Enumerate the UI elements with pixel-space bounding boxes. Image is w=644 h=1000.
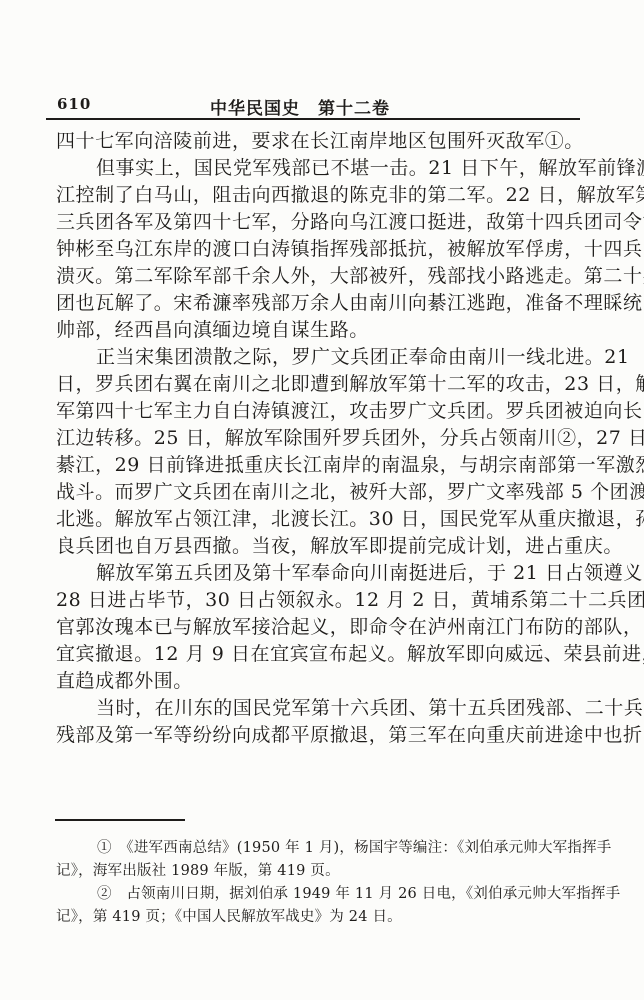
body-line: 官郭汝瑰本已与解放军接洽起义，即命令在泸州南江门布防的部队，向 <box>56 614 588 641</box>
page-number: 610 <box>57 95 91 113</box>
body-line: 军第四十七军主力自白涛镇渡江，攻击罗广文兵团。罗兵团被迫向长 <box>56 398 588 425</box>
footnote-line: ① 《进军西南总结》(1950 年 1 月)，杨国宇等编注：《刘伯承元帅大军指挥… <box>56 837 588 860</box>
body-line: 残部及第一军等纷纷向成都平原撤退，第三军在向重庆前进途中也折 <box>56 722 588 749</box>
footnote-line: 记》，第 419 页；《中国人民解放军战史》为 24 日。 <box>56 906 588 929</box>
body-line: 北逃。解放军占领江津，北渡长江。30 日，国民党军从重庆撤退，孙元 <box>56 506 588 533</box>
body-line: 綦江，29 日前锋进抵重庆长江南岸的南温泉，与胡宗南部第一军激烈 <box>56 452 588 479</box>
body-line: 团也瓦解了。宋希濂率残部万余人由南川向綦江逃跑，准备不理睬统 <box>56 290 588 317</box>
body-line: 溃灭。第二军除军部千余人外，大部被歼，残部找小路逃走。第二十兵 <box>56 263 588 290</box>
running-title: 中华民国史 第十二卷 <box>210 94 390 119</box>
body-line: 日，罗兵团右翼在南川之北即遭到解放军第十二军的攻击，23 日，解放 <box>56 371 588 398</box>
body-line: 江边转移。25 日，解放军除围歼罗兵团外，分兵占领南川②，27 日占领 <box>56 425 588 452</box>
body-line: 三兵团各军及第四十七军，分路向乌江渡口挺进，敌第十四兵团司令官 <box>56 209 588 236</box>
body-text: 四十七军向涪陵前进，要求在长江南岸地区包围歼灭敌军①。但事实上，国民党军残部已不… <box>56 128 588 749</box>
body-line: 战斗。而罗广文兵团在南川之北，被歼大部，罗广文率残部 5 个团渡江 <box>56 479 588 506</box>
footnotes: ① 《进军西南总结》(1950 年 1 月)，杨国宇等编注：《刘伯承元帅大军指挥… <box>56 837 588 929</box>
footnote-line: 记》，海军出版社 1989 年版，第 419 页。 <box>56 860 588 883</box>
footnote-line: ② 占领南川日期，据刘伯承 1949 年 11 月 26 日电，《刘伯承元帅大军… <box>56 883 588 906</box>
body-line: 宜宾撤退。12 月 9 日在宜宾宣布起义。解放军即向威远、荣县前进， <box>56 641 588 668</box>
body-line: 江控制了白马山，阻击向西撤退的陈克非的第二军。22 日，解放军第 <box>56 182 588 209</box>
body-line: 但事实上，国民党军残部已不堪一击。21 日下午，解放军前锋渡 <box>56 155 588 182</box>
body-line: 钟彬至乌江东岸的渡口白涛镇指挥残部抵抗，被解放军俘虏，十四兵团 <box>56 236 588 263</box>
body-line: 四十七军向涪陵前进，要求在长江南岸地区包围歼灭敌军①。 <box>56 128 588 155</box>
book-page: 610 中华民国史 第十二卷 四十七军向涪陵前进，要求在长江南岸地区包围歼灭敌军… <box>0 0 644 1000</box>
body-line: 解放军第五兵团及第十军奉命向川南挺进后，于 21 日占领遵义， <box>56 560 588 587</box>
footnote-separator <box>55 819 185 821</box>
body-line: 正当宋集团溃散之际，罗广文兵团正奉命由南川一线北进。21 <box>56 344 588 371</box>
header-rule <box>46 118 580 120</box>
body-line: 28 日进占毕节，30 日占领叙永。12 月 2 日，黄埔系第二十二兵团司令 <box>56 587 588 614</box>
body-line: 帅部，经西昌向滇缅边境自谋生路。 <box>56 317 588 344</box>
body-line: 当时，在川东的国民党军第十六兵团、第十五兵团残部、二十兵团 <box>56 695 588 722</box>
running-header: 610 中华民国史 第十二卷 <box>0 94 600 116</box>
body-line: 良兵团也自万县西撤。当夜，解放军即提前完成计划，进占重庆。 <box>56 533 588 560</box>
body-line: 直趋成都外围。 <box>56 668 588 695</box>
